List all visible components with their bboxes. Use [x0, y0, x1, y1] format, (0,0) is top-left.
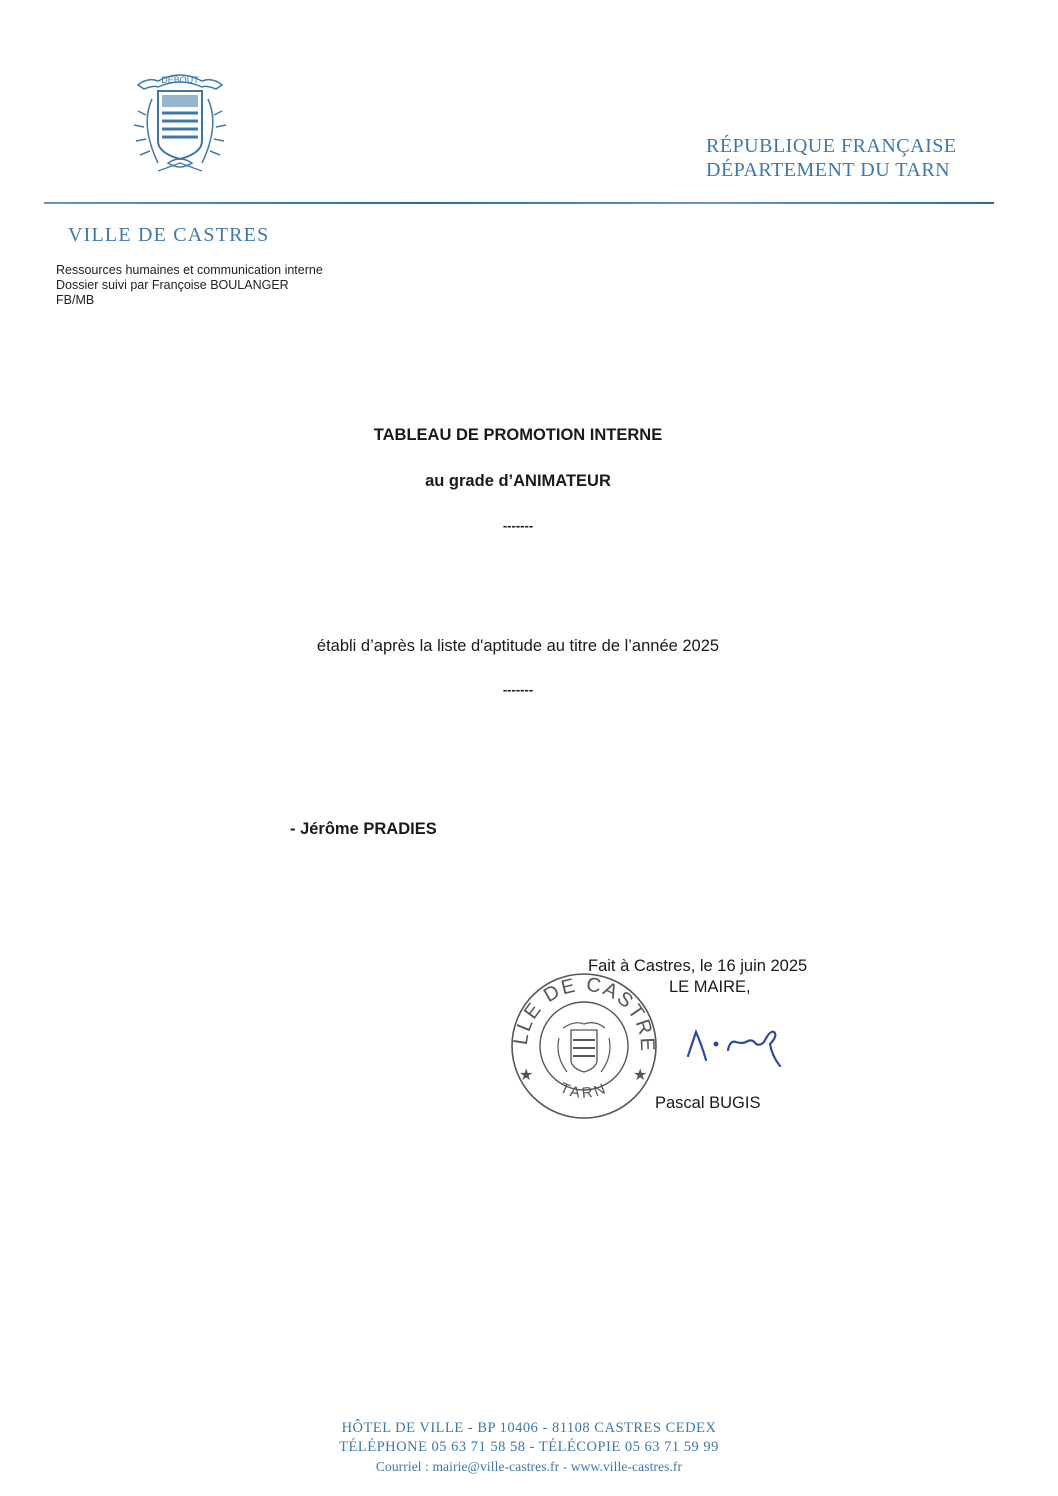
city-name: VILLE DE CASTRES — [68, 224, 269, 247]
service-line: FB/MB — [56, 293, 323, 308]
document-subtitle: au grade d’ANIMATEUR — [0, 472, 1036, 491]
service-line: Ressources humaines et communication int… — [56, 263, 323, 278]
footer-contact: Courriel : mairie@ville-castres.fr - www… — [0, 1457, 1058, 1476]
svg-text:★: ★ — [519, 1067, 533, 1084]
svg-text:TARN: TARN — [557, 1080, 610, 1103]
place-date: Fait à Castres, le 16 juin 2025 — [588, 956, 807, 977]
signer-name: Pascal BUGIS — [655, 1093, 760, 1114]
crest-motto: DEBOUT — [161, 75, 199, 85]
separator: ------- — [0, 518, 1036, 533]
official-stamp-icon: VILLE DE CASTRES TARN ★ ★ — [505, 968, 663, 1120]
footer-phone: TÉLÉPHONE 05 63 71 58 58 - TÉLÉCOPIE 05 … — [0, 1438, 1058, 1457]
footer: HÔTEL DE VILLE - BP 10406 - 81108 CASTRE… — [0, 1419, 1058, 1476]
handwritten-signature-icon — [680, 1022, 790, 1077]
svg-text:★: ★ — [633, 1067, 647, 1084]
header-divider — [44, 202, 994, 204]
service-line: Dossier suivi par Françoise BOULANGER — [56, 278, 323, 293]
footer-address: HÔTEL DE VILLE - BP 10406 - 81108 CASTRE… — [0, 1419, 1058, 1438]
republic-label: RÉPUBLIQUE FRANÇAISE — [706, 134, 957, 158]
coat-of-arms-icon: DEBOUT — [118, 55, 242, 181]
document-title: TABLEAU DE PROMOTION INTERNE — [0, 426, 1036, 445]
service-info: Ressources humaines et communication int… — [56, 263, 323, 308]
promoted-person: - Jérôme PRADIES — [290, 820, 437, 839]
republic-header: RÉPUBLIQUE FRANÇAISE DÉPARTEMENT DU TARN — [706, 134, 957, 182]
basis-text: établi d’après la liste d'aptitude au ti… — [0, 637, 1036, 656]
signer-role: LE MAIRE, — [669, 977, 751, 998]
stamp-bottom-text: TARN — [557, 1080, 610, 1103]
separator: ------- — [0, 682, 1036, 697]
department-label: DÉPARTEMENT DU TARN — [706, 158, 957, 182]
